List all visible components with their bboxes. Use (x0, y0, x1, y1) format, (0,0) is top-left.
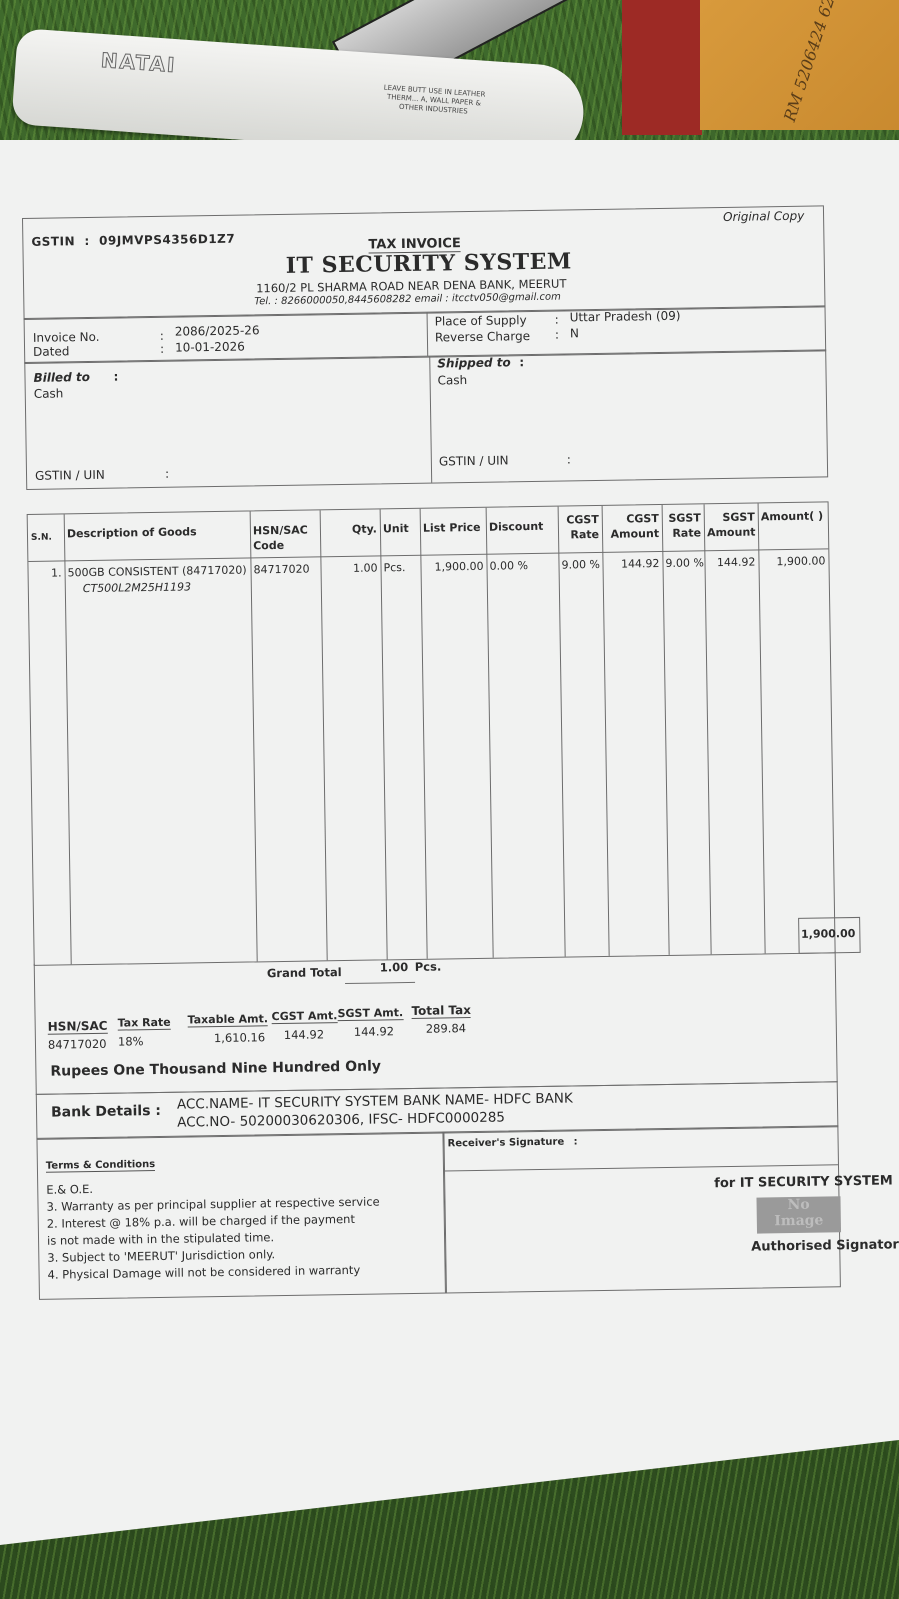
column-divider (662, 505, 670, 955)
column-header-discount: Discount (489, 519, 555, 535)
place-of-supply: Uttar Pradesh (09) (570, 309, 681, 325)
tube-brand: NATAI (100, 48, 177, 77)
column-header-sn: S.N. (31, 530, 61, 545)
column-header-cgst-rate: CGST Rate (561, 512, 599, 543)
terms-title: Terms & Conditions (46, 1159, 156, 1173)
shipped-to-label: Shipped to (437, 355, 511, 370)
cell-hsn-code: 84717020 (253, 562, 317, 576)
items-table: S.N.Description of GoodsHSN/SAC CodeQty.… (27, 501, 836, 966)
cell-sn: 1. (31, 566, 61, 579)
column-header-description: Description of Goods (67, 524, 247, 542)
red-book-object (622, 0, 702, 135)
cell-serial-number: CT500L2M25H1193 (83, 580, 191, 595)
shipped-to-name: Cash (437, 373, 467, 387)
tax-value: 84717020 (48, 1037, 107, 1052)
terms-line: 3. Warranty as per principal supplier at… (46, 1195, 379, 1214)
column-header-amount: Amount( ) (761, 508, 825, 524)
reverse-charge-label: Reverse Charge (435, 329, 530, 344)
signature-block: Receiver's Signature : for IT SECURITY S… (442, 1125, 840, 1293)
invoice-no-label: Invoice No. (33, 330, 100, 345)
terms-line: 3. Subject to 'MEERUT' Jurisdiction only… (47, 1247, 275, 1265)
tax-header: Tax Rate (118, 1016, 171, 1031)
column-header-unit: Unit (383, 521, 417, 537)
total-amount-cell: 1,900.00 (798, 917, 861, 954)
tax-header: HSN/SAC (48, 1019, 108, 1035)
authorised-signatory: Authorised Signatory (751, 1237, 899, 1254)
total-amount: 1,900.00 (801, 927, 855, 941)
cell-amount: 1,900.00 (761, 554, 825, 568)
grand-total-label: Grand Total (267, 965, 342, 980)
bank-account-name: ACC.NAME- IT SECURITY SYSTEM BANK NAME- … (177, 1090, 573, 1112)
cell-discount: 0.00 % (489, 559, 555, 573)
cell-description: 500GB CONSISTENT (84717020) (67, 564, 247, 580)
terms-line: 4. Physical Damage will not be considere… (47, 1263, 360, 1282)
cell-cgst-amount: 144.92 (605, 557, 659, 571)
tax-header: Total Tax (411, 1003, 471, 1019)
bank-account-number: ACC.NO- 50200030620306, IFSC- HDFC000028… (177, 1110, 505, 1131)
terms-line: 2. Interest @ 18% p.a. will be charged i… (47, 1212, 355, 1231)
cell-cgst-rate: 9.00 % (561, 558, 599, 572)
column-divider (250, 511, 258, 961)
cell-list-price: 1,900.00 (423, 560, 483, 574)
tax-header: CGST Amt. (271, 1009, 337, 1024)
column-header-qty: Qty. (323, 521, 377, 537)
receiver-signature-label: Receiver's Signature (448, 1137, 565, 1150)
grand-total-unit: Pcs. (415, 960, 442, 974)
tax-value: 289.84 (426, 1021, 466, 1036)
place-of-supply-label: Place of Supply (435, 313, 527, 328)
seller-gstin: GSTIN : 09JMVPS4356D1Z7 (31, 232, 235, 249)
divider (427, 313, 429, 357)
cell-sgst-amount: 144.92 (707, 556, 755, 570)
invoice-header: GSTIN : 09JMVPS4356D1Z7 Original Copy TA… (22, 205, 826, 320)
tube-label: LEAVE BUTT USE IN LEATHER THERM... A, WA… (358, 82, 510, 119)
reverse-charge: N (570, 326, 579, 340)
terms-and-conditions: Terms & Conditions E.& O.E.3. Warranty a… (36, 1131, 446, 1299)
column-divider (602, 506, 610, 956)
company-name: IT SECURITY SYSTEM (286, 248, 572, 278)
column-divider (558, 507, 566, 957)
column-header-sgst-rate: SGST Rate (665, 510, 701, 541)
signature-placeholder-image: No Image (756, 1196, 841, 1233)
column-divider (380, 509, 388, 959)
column-divider (320, 510, 328, 960)
billed-to-name: Cash (34, 386, 64, 400)
tax-value: 144.92 (354, 1024, 394, 1039)
terms-line: E.& O.E. (46, 1182, 93, 1197)
column-header-sgst-amount: SGST Amount (707, 510, 755, 541)
column-header-cgst-amount: CGST Amount (605, 511, 659, 542)
terms-line: is not made with in the stipulated time. (47, 1230, 274, 1248)
tax-value: 18% (118, 1034, 144, 1048)
cell-sgst-rate: 9.00 % (665, 556, 701, 570)
tax-invoice: GSTIN : 09JMVPS4356D1Z7 Original Copy TA… (22, 205, 859, 1338)
column-header-hsn-code: HSN/SAC Code (253, 522, 317, 553)
tax-value: 1,610.16 (214, 1030, 265, 1045)
amount-in-words: Rupees One Thousand Nine Hundred Only (50, 1058, 381, 1079)
column-divider (486, 508, 494, 958)
column-divider (420, 509, 428, 959)
for-company: for IT SECURITY SYSTEM (714, 1173, 893, 1191)
party-details: Billed to : Cash GSTIN / UIN : Shipped t… (24, 349, 828, 490)
tax-header: SGST Amt. (337, 1006, 403, 1021)
tax-header: Taxable Amt. (188, 1012, 269, 1027)
cell-unit: Pcs. (383, 561, 417, 575)
grand-total-qty: 1.00 (380, 960, 409, 974)
tax-value: 144.92 (284, 1027, 324, 1042)
column-divider (758, 503, 766, 953)
invoice-no: 2086/2025-26 (175, 323, 260, 338)
tax-summary: Grand Total 1.00 Pcs. HSN/SACTax RateTax… (34, 951, 838, 1095)
dated-label: Dated (33, 344, 70, 359)
copy-label: Original Copy (723, 209, 804, 224)
invoice-date: 10-01-2026 (175, 340, 245, 355)
column-divider (64, 514, 72, 964)
billed-to-label: Billed to (33, 370, 90, 385)
column-divider (704, 504, 712, 954)
bank-details-label: Bank Details : (51, 1103, 161, 1121)
cell-qty: 1.00 (323, 561, 377, 575)
divider (429, 357, 432, 483)
shipped-gstin-label: GSTIN / UIN (439, 453, 509, 468)
column-header-list-price: List Price (423, 520, 483, 536)
billed-gstin-label: GSTIN / UIN (35, 468, 105, 483)
